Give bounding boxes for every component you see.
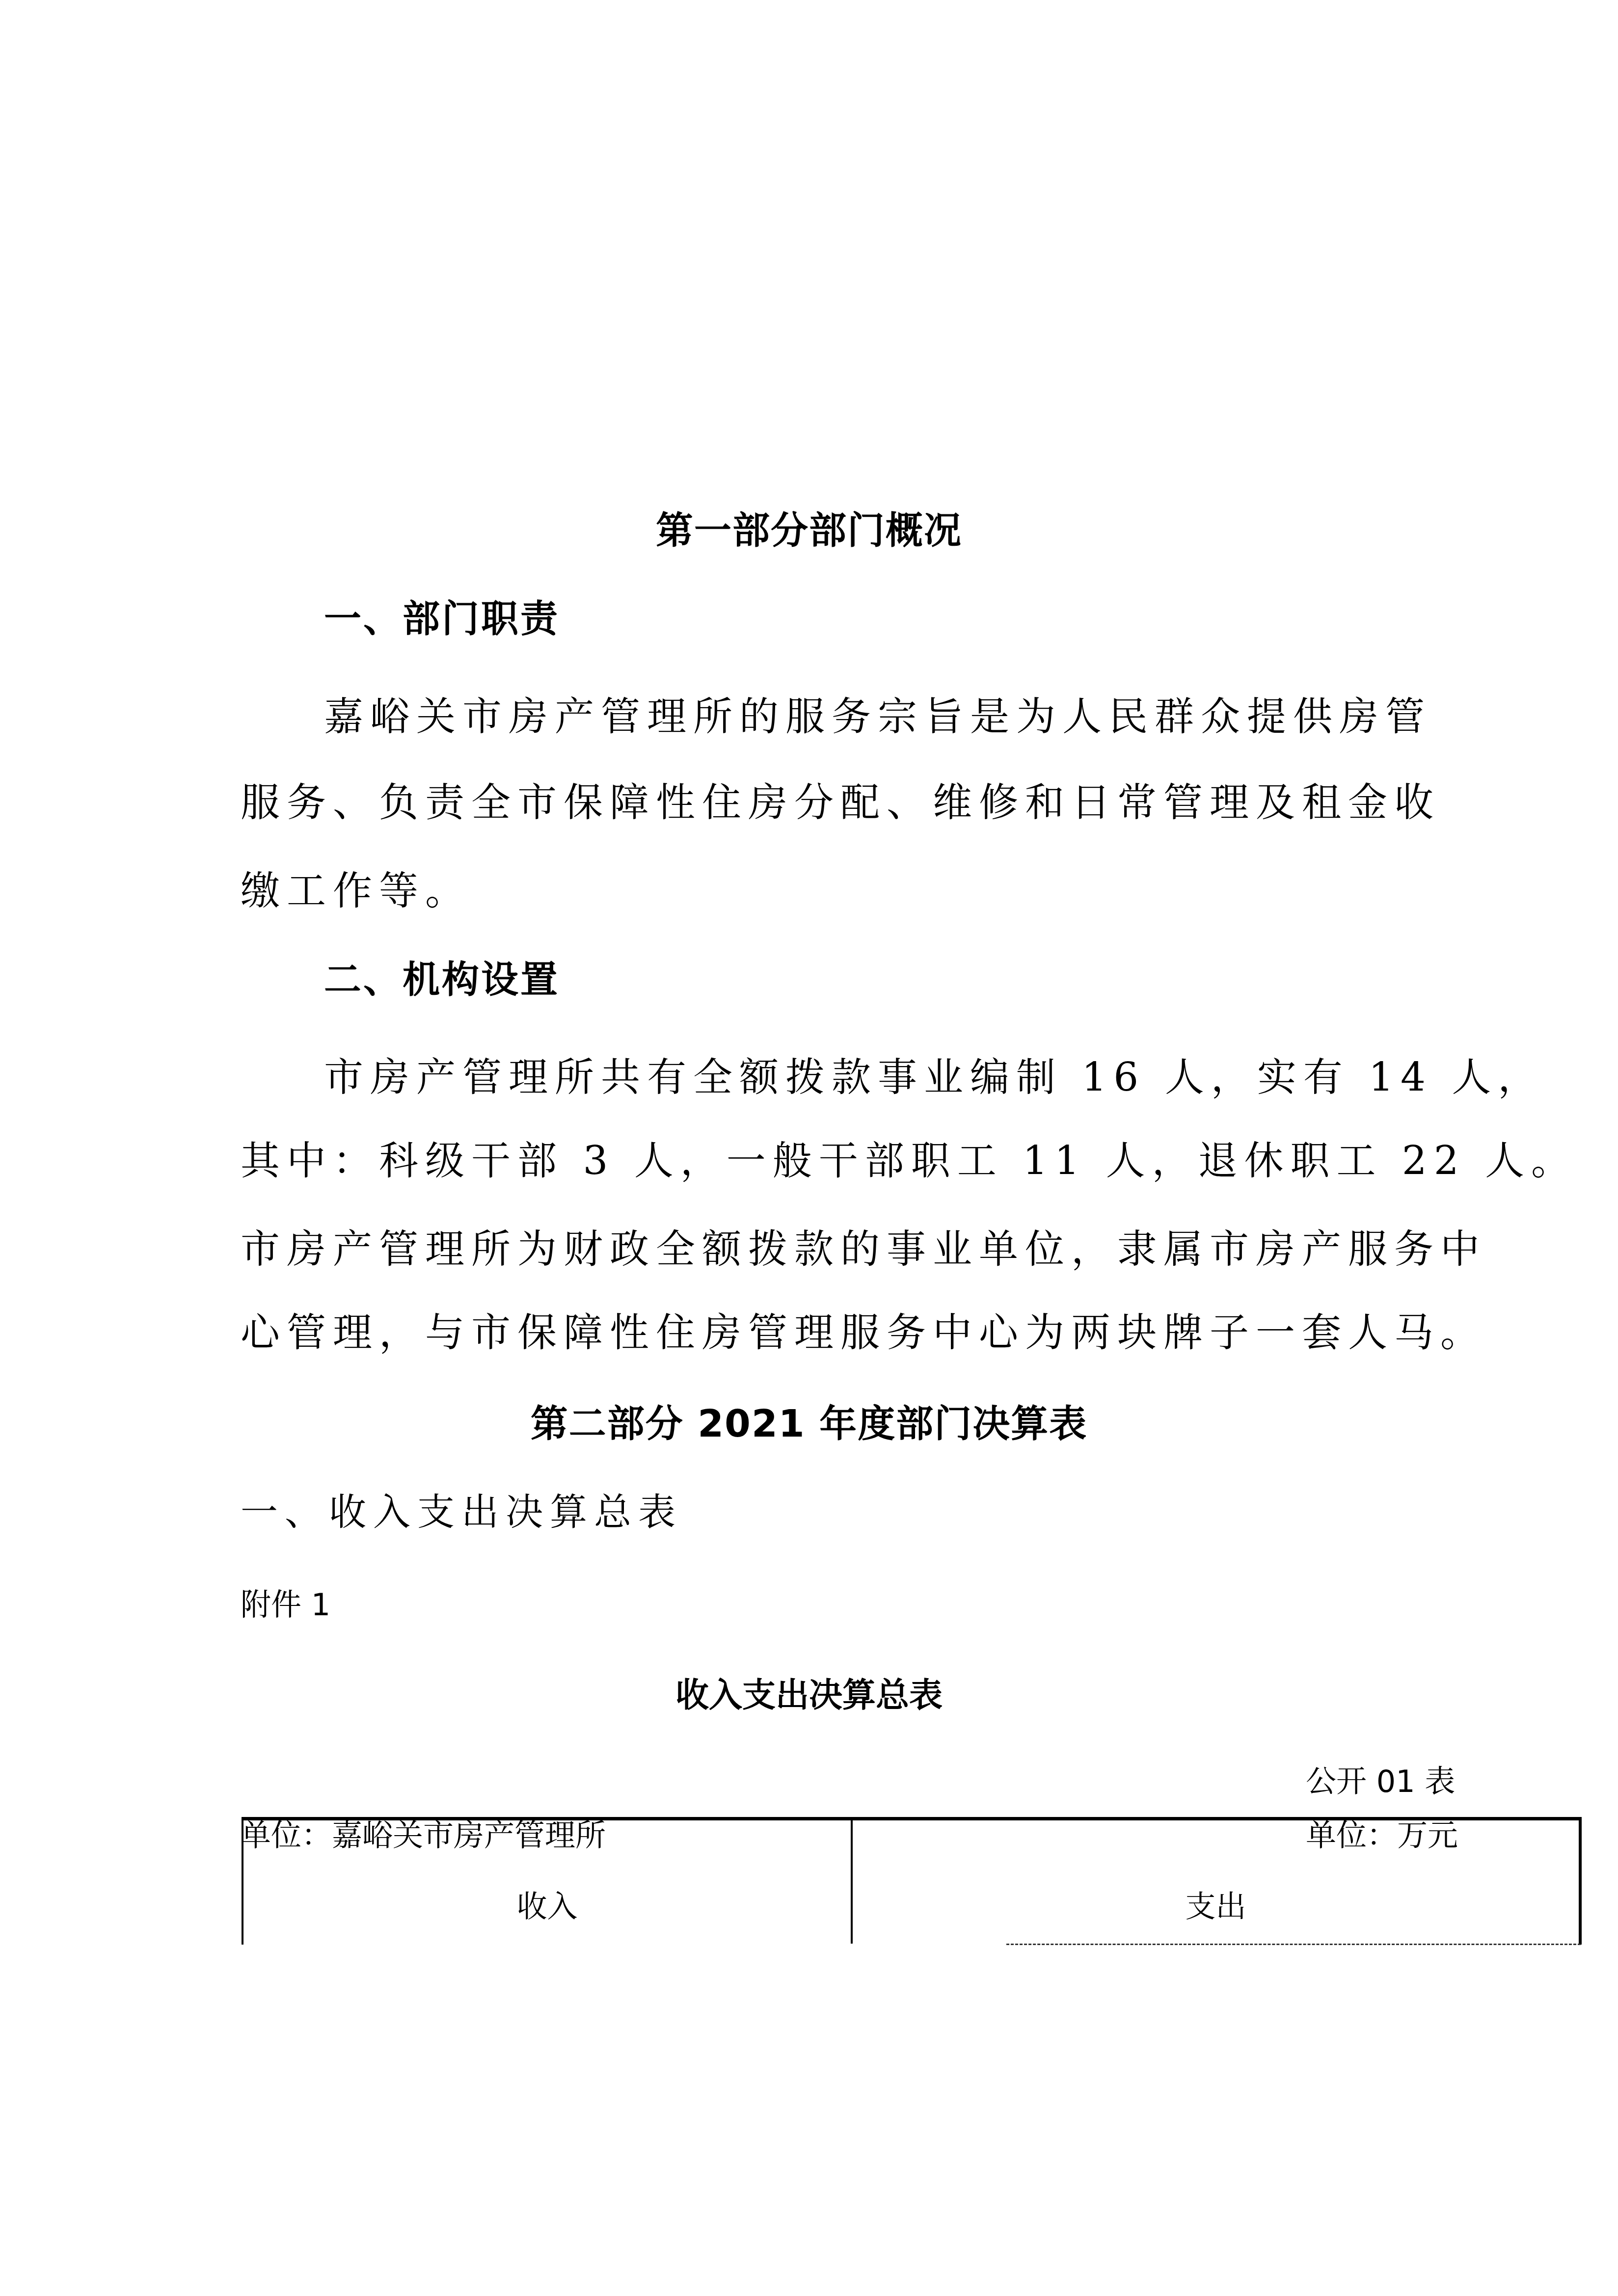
subsection-income-expense-summary: 一、收入支出决算总表 bbox=[241, 1482, 682, 1536]
table-title: 收入支出决算总表 bbox=[0, 1669, 1618, 1716]
duties-line-2: 服务、负责全市保障性住房分配、维修和日常管理及租金收 bbox=[241, 771, 1440, 827]
org-line-1: 市房产管理所共有全额拨款事业编制 16 人，实有 14 人， bbox=[324, 1045, 1544, 1102]
column-header-income: 收入 bbox=[243, 1882, 851, 1926]
section-heading-organization: 二、机构设置 bbox=[324, 950, 560, 1003]
org-line-3: 市房产管理所为财政全额拨款的事业单位，隶属市房产服务中 bbox=[241, 1217, 1486, 1274]
table-code: 公开 01 表 bbox=[1306, 1757, 1455, 1801]
attachment-label: 附件 1 bbox=[241, 1580, 330, 1624]
duties-line-3: 缴工作等。 bbox=[241, 859, 471, 915]
org-line-4: 心管理，与市保障性住房管理服务中心为两块牌子一套人马。 bbox=[241, 1301, 1486, 1357]
part1-title: 第一部分部门概况 bbox=[0, 501, 1618, 554]
org-line-2: 其中：科级干部 3 人，一般干部职工 11 人，退休职工 22 人。 bbox=[241, 1129, 1577, 1185]
duties-line-1: 嘉峪关市房产管理所的服务宗旨是为人民群众提供房管 bbox=[324, 685, 1431, 741]
column-header-expense: 支出 bbox=[853, 1882, 1579, 1926]
table-row-border bbox=[1006, 1944, 1581, 1945]
section-heading-duties: 一、部门职责 bbox=[324, 589, 560, 642]
part2-title: 第二部分 2021 年度部门决算表 bbox=[0, 1394, 1618, 1447]
